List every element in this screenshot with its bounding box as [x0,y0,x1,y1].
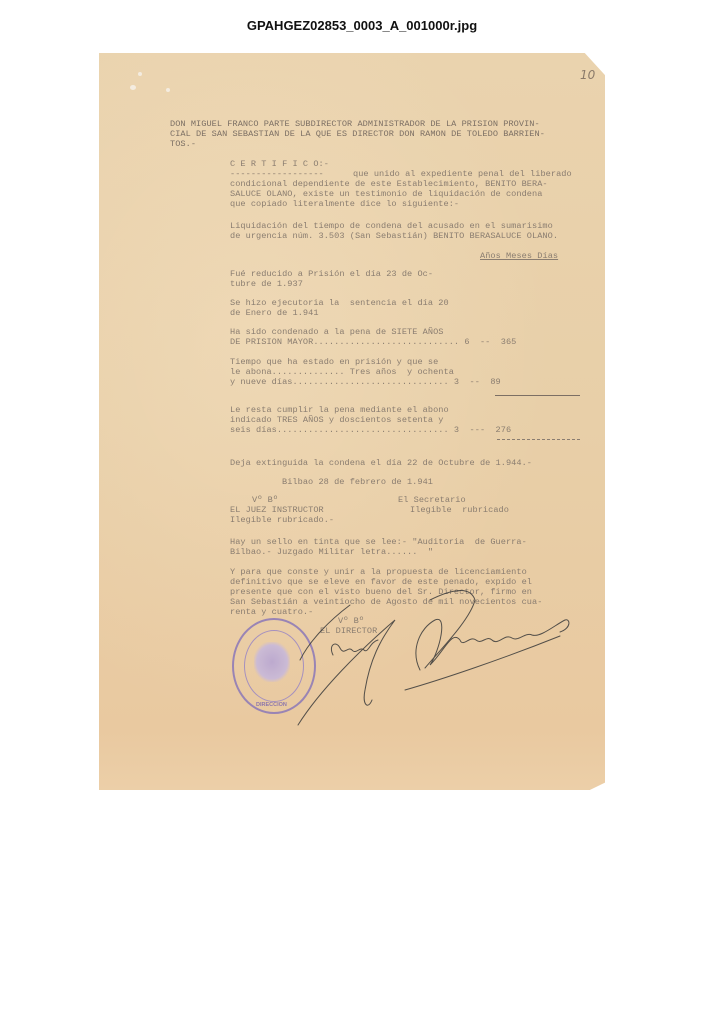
handwritten-signatures [0,0,724,1024]
